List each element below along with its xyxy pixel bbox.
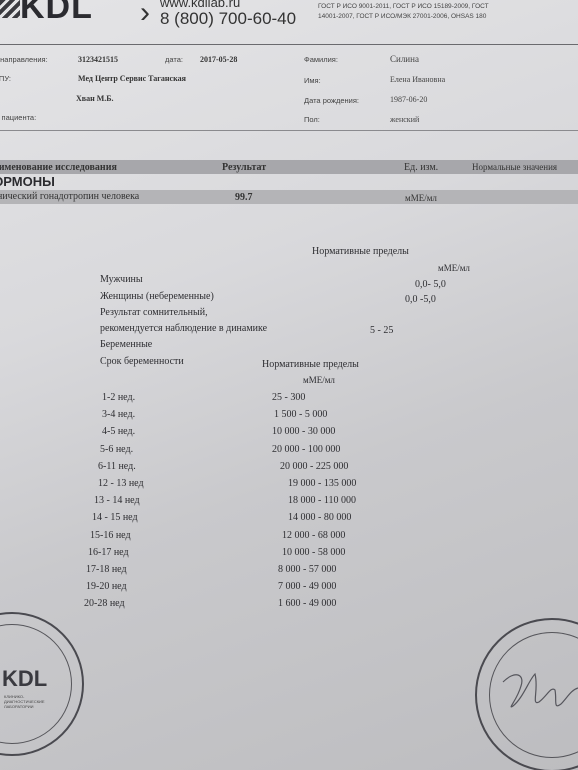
patient-name: Елена Ивановна: [390, 75, 445, 84]
pregnancy-term: 4-5 нед.: [102, 426, 135, 437]
test-name: Хорионический гонадотропин человека: [0, 191, 139, 202]
group-men: Мужчины: [100, 274, 143, 285]
pregnancy-range: 10 000 - 30 000: [272, 426, 335, 437]
logo-stripes: [0, 0, 20, 18]
pregnancy-range: 18 000 - 110 000: [288, 495, 356, 506]
standards-line-2: 14001-2007, ГОСТ Р ИСО/МЭК 27001-2006, O…: [318, 13, 486, 20]
patient-sex: женский: [390, 115, 419, 124]
group-women: Женщины (небеременные): [100, 291, 214, 302]
signature: [495, 660, 578, 720]
doubtful-range: 5 - 25: [370, 325, 393, 336]
doubtful-line-1: Результат сомнительный,: [100, 307, 208, 318]
pregnancy-range: 25 - 300: [272, 392, 305, 403]
pregnancy-term: 19-20 нед: [86, 581, 127, 592]
order-date: 2017-05-28: [200, 55, 237, 64]
standards-line-1: ГОСТ Р ИСО 9001-2011, ГОСТ Р ИСО 15189-2…: [318, 3, 489, 10]
kdl-logo: KDL: [20, 0, 93, 27]
stamp-logo: KDL: [2, 666, 47, 692]
header-normal: Нормальные значения: [472, 162, 557, 172]
pregnancy-term: 12 - 13 нед: [98, 478, 144, 489]
pregnancy-range: 1 600 - 49 000: [278, 598, 336, 609]
reference-title: Нормативные пределы: [312, 246, 409, 257]
header-rule: [0, 44, 578, 45]
date-label: дата:: [165, 55, 183, 64]
patient-dob: 1987-06-20: [390, 95, 427, 104]
name-label: Имя:: [304, 76, 321, 85]
pregnancy-term: 5-6 нед.: [100, 444, 133, 455]
pregnancy-term: 20-28 нед: [84, 598, 125, 609]
pregnancy-range: 20 000 - 100 000: [272, 444, 340, 455]
range-women: 0,0 -5,0: [405, 294, 436, 305]
chevron-right-icon: ›: [140, 0, 150, 30]
pregnancy-term: 16-17 нед: [88, 547, 129, 558]
facility-name: Мед Центр Сервис Таганская: [78, 74, 186, 83]
info-rule: [0, 130, 578, 131]
pregnancy-term: 14 - 15 нед: [92, 512, 138, 523]
surname-label: Фамилия:: [304, 55, 338, 64]
header-result: Результат: [222, 162, 266, 173]
pregnancy-term: 17-18 нед: [86, 564, 127, 575]
pregnancy-range: 7 000 - 49 000: [278, 581, 336, 592]
pregnancy-range: 20 000 - 225 000: [280, 461, 348, 472]
pregnancy-range: 10 000 - 58 000: [282, 547, 345, 558]
referral-number: 3123421515: [78, 55, 118, 64]
reference-unit: мМЕ/мл: [438, 263, 470, 273]
pregnancy-range: 8 000 - 57 000: [278, 564, 336, 575]
dob-label: Дата рождения:: [304, 96, 359, 105]
pregnancy-range: 19 000 - 135 000: [288, 478, 356, 489]
patient-surname: Силина: [390, 54, 419, 64]
referral-label: № направления:: [0, 55, 48, 64]
facility-label: ЛПУ:: [0, 74, 11, 83]
limits-header: Нормативные пределы: [262, 359, 359, 370]
pregnancy-term: 6-11 нед.: [98, 461, 136, 472]
term-header: Срок беременности: [100, 356, 184, 367]
pregnancy-range: 12 000 - 68 000: [282, 530, 345, 541]
section-title: ГОРМОНЫ: [0, 174, 55, 189]
limits-unit: мМЕ/мл: [303, 375, 335, 385]
doubtful-line-2: рекомендуется наблюдение в динамике: [100, 323, 267, 334]
pregnancy-term: 1-2 нед.: [102, 392, 135, 403]
phone-number: 8 (800) 700-60-40: [160, 9, 296, 29]
pregnancy-term: 15-16 нед: [90, 530, 131, 541]
doctor-name: Хван М.Б.: [76, 94, 114, 103]
address-label: Адрес пациента:: [0, 113, 36, 122]
stamp-subtitle: КЛИНИКО-ДИАГНОСТИЧЕСКИЕ ЛАБОРАТОРИИ: [4, 694, 48, 709]
sex-label: Пол:: [304, 115, 320, 124]
pregnancy-term: 3-4 нед.: [102, 409, 135, 420]
header-unit: Ед. изм.: [404, 162, 438, 173]
test-unit: мМЕ/мл: [405, 193, 437, 203]
pregnancy-range: 1 500 - 5 000: [274, 409, 327, 420]
test-result: 99.7: [235, 192, 253, 203]
pregnant-label: Беременные: [100, 339, 152, 350]
range-men: 0,0- 5,0: [415, 279, 446, 290]
pregnancy-range: 14 000 - 80 000: [288, 512, 351, 523]
pregnancy-term: 13 - 14 нед: [94, 495, 140, 506]
header-test: Наименование исследования: [0, 162, 117, 173]
lab-stamp: KDL КЛИНИКО-ДИАГНОСТИЧЕСКИЕ ЛАБОРАТОРИИ: [0, 612, 84, 756]
